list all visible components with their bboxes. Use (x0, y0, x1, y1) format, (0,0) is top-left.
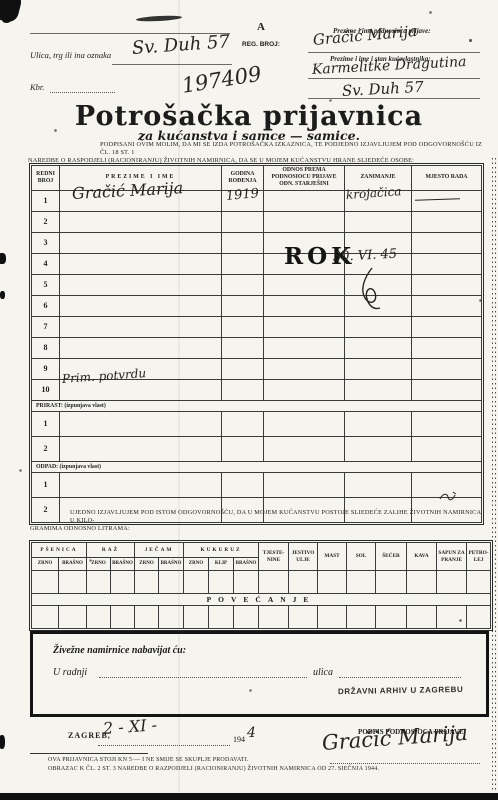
col-header-tjestenine: TJESTE- NINE (259, 543, 289, 571)
cell (222, 274, 264, 295)
cell (59, 571, 87, 594)
povecanje-row: POVEĆANJE (32, 594, 491, 606)
cell (259, 571, 289, 594)
applicant-handwritten-name: Gračić Marija (312, 22, 417, 49)
cell (407, 606, 437, 629)
cell (264, 316, 345, 337)
stocks-paragraph: UJEDNO IZJAVLJUJEM POD ISTOM ODGOVORNOŠĆ… (30, 509, 482, 533)
persons-table-frame: REDNI BROJ PREZIME I IME GODINA ROĐENJA … (29, 163, 484, 525)
row-number: 2 (32, 436, 60, 461)
shop-line (99, 677, 307, 678)
cell (60, 211, 222, 232)
table-row: 1 (32, 411, 482, 436)
cell (412, 411, 482, 436)
cell (32, 571, 59, 594)
cell (412, 379, 482, 400)
cell (222, 379, 264, 400)
cell (135, 571, 159, 594)
sub-col-zrno: ZRNO (184, 558, 209, 571)
row-number: 9 (32, 358, 60, 379)
year-handwritten: 4 (247, 725, 256, 741)
cell (264, 411, 345, 436)
street-handwritten-value: Sv. Duh 57 (131, 31, 230, 59)
row-number: 7 (32, 316, 60, 337)
cell (412, 211, 482, 232)
reg-number-label: REG. BROJ: (242, 41, 280, 48)
cell (264, 211, 345, 232)
table-row: 3 (32, 232, 482, 253)
cell (407, 571, 437, 594)
scanned-form-page: Ulica, trg ili ina oznaka Sv. Duh 57 Kbr… (0, 0, 498, 800)
stocks-table: PŠENICA RAŽ JEČAM KUKURUZ TJESTE- NINE J… (31, 542, 491, 629)
cell (222, 211, 264, 232)
col-header-jestivo-ulje: JESTIVO ULJE (289, 543, 318, 571)
cell (60, 232, 222, 253)
landlord-handwritten-address: Sv. Duh 57 (342, 78, 425, 100)
cell (318, 606, 347, 629)
cell (60, 411, 222, 436)
cell (222, 295, 264, 316)
col-header-mast: MAST (318, 543, 347, 571)
cell (209, 606, 234, 629)
scan-artifact (0, 291, 5, 299)
cell (345, 472, 412, 497)
applicant-line (308, 52, 480, 53)
ulica-line (339, 677, 461, 678)
cell (184, 571, 209, 594)
col-header-mjesto-rada: MJESTO RADA (412, 166, 482, 191)
shop-label: U radnji (53, 667, 87, 678)
cell (222, 472, 264, 497)
scan-smudge (136, 15, 182, 22)
cell (60, 316, 222, 337)
cell (412, 190, 482, 211)
cell (376, 606, 407, 629)
row-number: 6 (32, 295, 60, 316)
scan-artifact (0, 735, 5, 749)
cell (111, 571, 135, 594)
cell (412, 274, 482, 295)
row-number: 10 (32, 379, 60, 400)
cell (222, 316, 264, 337)
cell (234, 571, 259, 594)
signature-line (330, 763, 480, 764)
row1-year-handwritten: 1919 (225, 186, 259, 204)
cell (60, 436, 222, 461)
col-header-secer: ŠEĆER (376, 543, 407, 571)
street-label: Ulica, trg ili ina oznaka (30, 50, 111, 60)
row-number: 3 (32, 232, 60, 253)
cell (222, 358, 264, 379)
persons-table: REDNI BROJ PREZIME I IME GODINA ROĐENJA … (31, 165, 482, 523)
cell (264, 274, 345, 295)
table-row: 2 (32, 211, 482, 232)
cell (60, 472, 222, 497)
paper-specks (0, 0, 1, 1)
cell (234, 606, 259, 629)
scan-artifact (2, 17, 11, 23)
cell (345, 436, 412, 461)
cell (345, 337, 412, 358)
row-number: 1 (32, 190, 60, 211)
cell (412, 316, 482, 337)
odpad-label: ODPAD: (izpunjava vlast) (32, 461, 482, 472)
cell (264, 472, 345, 497)
rok-initials-flourish (356, 266, 384, 312)
scan-artifact (0, 253, 6, 264)
sub-col-zrno: ZRNO (87, 558, 111, 571)
cell (345, 379, 412, 400)
year-printed: 194 (233, 735, 245, 744)
sub-col-brasno: BRAŠNO (59, 558, 87, 571)
row-number: 2 (32, 211, 60, 232)
col-header-redni-broj: REDNI BROJ (32, 166, 60, 191)
cell (32, 606, 59, 629)
cell (412, 436, 482, 461)
col-header-kava: KAVA (407, 543, 437, 571)
cell (347, 606, 376, 629)
cell (412, 337, 482, 358)
cell (60, 253, 222, 274)
cell (412, 295, 482, 316)
col-group-psenica: PŠENICA (32, 543, 87, 558)
date-line (98, 745, 230, 746)
cell (289, 606, 318, 629)
cell (345, 411, 412, 436)
purchase-box: Živežne namirnice nabavijat ću: U radnji… (30, 631, 489, 717)
cell (159, 571, 184, 594)
sub-col-klip: KLIP (209, 558, 234, 571)
table-row: 4 (32, 253, 482, 274)
stocks-empty-row (32, 571, 491, 594)
cell (60, 295, 222, 316)
stocks-empty-row (32, 606, 491, 629)
sub-col-brasno: BRAŠNO (234, 558, 259, 571)
scan-bottom-bar (0, 793, 498, 800)
intro-line-1: PODPISANI OVIM MOLIM, DA MI SE IZDA POTR… (28, 141, 484, 157)
purchase-heading: Živežne namirnice nabavijat ću: (53, 645, 186, 656)
cell (222, 232, 264, 253)
cell (60, 274, 222, 295)
cell (345, 358, 412, 379)
prirast-label: PRIRAST: (izpunjava vlast) (32, 400, 482, 411)
row-number: 1 (32, 472, 60, 497)
cell (412, 232, 482, 253)
cell (60, 337, 222, 358)
odpad-section-strip: ODPAD: (izpunjava vlast) (32, 461, 482, 472)
row-number: 5 (32, 274, 60, 295)
stocks-table-frame: PŠENICA RAŽ JEČAM KUKURUZ TJESTE- NINE J… (29, 540, 493, 631)
cell (467, 571, 491, 594)
col-header-sapun: SAPUN ZA PRANJE (437, 543, 467, 571)
cell (264, 337, 345, 358)
table-row: 1 (32, 472, 482, 497)
cell (318, 571, 347, 594)
perforation-dots (495, 158, 497, 790)
cell (437, 606, 467, 629)
archive-stamp: DRŽAVNI ARHIV U ZAGREBU (338, 685, 463, 696)
cell (259, 606, 289, 629)
table-row: 8 (32, 337, 482, 358)
house-number-line (50, 92, 115, 93)
cell (345, 316, 412, 337)
cell (222, 411, 264, 436)
cell (347, 571, 376, 594)
cell (437, 571, 467, 594)
table-row: 6 (32, 295, 482, 316)
cell (264, 436, 345, 461)
povecanje-label: POVEĆANJE (32, 594, 491, 606)
cell (264, 295, 345, 316)
cell (222, 337, 264, 358)
sort-letter-stamp: A (257, 21, 267, 33)
cell (289, 571, 318, 594)
footnote-line-1: OVA PRIJAVNICA STOJI KN 5·— I NE SMIJE S… (48, 757, 249, 763)
sub-col-zrno: ZRNO (135, 558, 159, 571)
col-group-raz: RAŽ (87, 543, 135, 558)
ulica-label: ulica (313, 667, 333, 678)
table-row: 7 (32, 316, 482, 337)
reg-number-handwritten: 197409 (180, 62, 263, 98)
cell (159, 606, 184, 629)
sub-col-brasno: BRAŠNO (111, 558, 135, 571)
cell (222, 436, 264, 461)
cell (184, 606, 209, 629)
cell (264, 190, 345, 211)
cell (111, 606, 135, 629)
cell (222, 253, 264, 274)
stocks-line-1: UJEDNO IZJAVLJUJEM POD ISTOM ODGOVORNOŠĆ… (30, 509, 482, 525)
cell (209, 571, 234, 594)
cell (87, 571, 111, 594)
row-number: 1 (32, 411, 60, 436)
table-row: 2 (32, 436, 482, 461)
cell (264, 358, 345, 379)
row-number: 4 (32, 253, 60, 274)
sub-col-zrno: ZRNO (32, 558, 59, 571)
signature-handwritten: Gračić Marija (321, 721, 468, 755)
footnote-separator (30, 753, 148, 754)
prirast-section-strip: PRIRAST: (izpunjava vlast) (32, 400, 482, 411)
col-header-odnos: ODNOS PREMA PODNOSIOCU PRIJAVE ODN. STAR… (264, 166, 345, 191)
cell (59, 606, 87, 629)
row-number: 8 (32, 337, 60, 358)
stocks-line-2: GRAMIMA ODNOSNO LITRAMA: (30, 525, 130, 532)
col-group-kukuruz: KUKURUZ (184, 543, 259, 558)
landlord-line-2 (308, 98, 480, 99)
table-row: 5 (32, 274, 482, 295)
house-number-label: Kbr. (30, 82, 44, 92)
intro-paragraph: PODPISANI OVIM MOLIM, DA MI SE IZDA POTR… (28, 141, 484, 165)
col-header-petrolej: PETRO- LEJ (467, 543, 491, 571)
odpad-ink-mark (438, 489, 458, 504)
cell (467, 606, 491, 629)
cell (376, 571, 407, 594)
cell (87, 606, 111, 629)
date-handwritten: 2 - XI - (102, 715, 157, 738)
sub-col-brasno: BRAŠNO (159, 558, 184, 571)
col-header-sol: SOL (347, 543, 376, 571)
cell (264, 379, 345, 400)
cell (412, 253, 482, 274)
cell (135, 606, 159, 629)
stocks-group-header-row: PŠENICA RAŽ JEČAM KUKURUZ TJESTE- NINE J… (32, 543, 491, 558)
perforation-dots (492, 158, 494, 790)
cell (345, 211, 412, 232)
col-group-jecam: JEČAM (135, 543, 184, 558)
cell (412, 358, 482, 379)
street-line (112, 64, 232, 65)
footnote-line-2: OBRAZAC K ČL. 2 ST. 3 NAREDBE O RAZPODJE… (48, 766, 379, 772)
